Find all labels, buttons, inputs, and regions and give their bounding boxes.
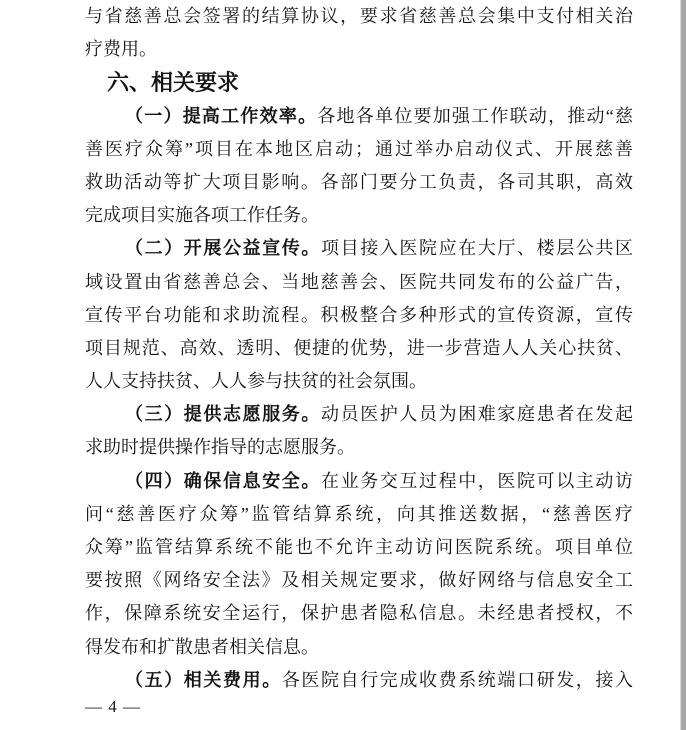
- paragraph-text: 宣传平台功能和求助流程。积极整合多种形式的宣传资源，宣传: [85, 305, 633, 325]
- paragraph-text: 项目规范、高效、透明、便捷的优势，进一步营造人人关心扶贫、: [85, 338, 633, 358]
- text-line: 项目规范、高效、透明、便捷的优势，进一步营造人人关心扶贫、: [85, 332, 633, 365]
- paragraph-text: 求助时提供操作指导的志愿服务。: [85, 437, 355, 457]
- paragraph-text: 疗费用。: [85, 39, 157, 59]
- paragraph-text: 问“慈善医疗众筹”监管结算系统，向其推送数据，“慈善医疗: [85, 504, 633, 524]
- paragraph-text: 项目接入医院应在大厅、楼层公共区: [321, 238, 633, 258]
- paragraph-text: 善医疗众筹”项目在本地区启动；通过举办启动仪式、开展慈善: [85, 139, 633, 159]
- text-line: 问“慈善医疗众筹”监管结算系统，向其推送数据，“慈善医疗: [85, 498, 633, 531]
- text-line: 得发布和扩散患者相关信息。: [85, 631, 633, 664]
- page-number: — 4 —: [85, 697, 141, 717]
- paragraph-text: 动员医护人员为困难家庭患者在发起: [321, 404, 633, 424]
- text-line: 要按照《网络安全法》及相关规定要求，做好网络与信息安全工: [85, 564, 633, 597]
- text-line: （四）确保信息安全。在业务交互过程中，医院可以主动访: [85, 465, 633, 498]
- text-line: 完成项目实施各项工作任务。: [85, 199, 633, 232]
- document-page: 与省慈善总会签署的结算协议，要求省慈善总会集中支付相关治疗费用。六、相关要求（一…: [0, 0, 686, 730]
- paragraph-text: 众筹”监管结算系统不能也不允许主动访问医院系统。项目单位: [85, 537, 633, 557]
- text-line: 人人支持扶贫、人人参与扶贫的社会氛围。: [85, 365, 633, 398]
- text-line: 众筹”监管结算系统不能也不允许主动访问医院系统。项目单位: [85, 531, 633, 564]
- text-line: 作，保障系统安全运行，保护患者隐私信息。未经患者授权，不: [85, 597, 633, 630]
- text-line: 与省慈善总会签署的结算协议，要求省慈善总会集中支付相关治: [85, 0, 633, 33]
- text-line: 域设置由省慈善总会、当地慈善会、医院共同发布的公益广告，: [85, 266, 633, 299]
- text-line: （二）开展公益宣传。项目接入医院应在大厅、楼层公共区: [85, 232, 633, 265]
- text-line: （五）相关费用。各医院自行完成收费系统端口研发，接入: [85, 664, 633, 697]
- paragraph-text: 要按照《网络安全法》及相关规定要求，做好网络与信息安全工: [85, 570, 633, 590]
- paragraph-text: 得发布和扩散患者相关信息。: [85, 637, 319, 657]
- paragraph-text: 域设置由省慈善总会、当地慈善会、医院共同发布的公益广告，: [85, 272, 633, 292]
- paragraph-lead-phrase: （四）确保信息安全。: [125, 471, 321, 491]
- paragraph-text: 在业务交互过程中，医院可以主动访: [321, 471, 633, 491]
- text-line: （一）提高工作效率。各地各单位要加强工作联动，推动“慈: [85, 100, 633, 133]
- paragraph-text: 作，保障系统安全运行，保护患者隐私信息。未经患者授权，不: [85, 603, 633, 623]
- text-line: （三）提供志愿服务。动员医护人员为困难家庭患者在发起: [85, 398, 633, 431]
- text-line: 救助活动等扩大项目影响。各部门要分工负责，各司其职，高效: [85, 166, 633, 199]
- paragraph-text: 救助活动等扩大项目影响。各部门要分工负责，各司其职，高效: [85, 172, 633, 192]
- paragraph-lead-phrase: （三）提供志愿服务。: [125, 404, 321, 424]
- text-line: 疗费用。: [85, 33, 633, 66]
- paragraph-lead-phrase: （五）相关费用。: [125, 670, 282, 690]
- document-text: 与省慈善总会签署的结算协议，要求省慈善总会集中支付相关治疗费用。六、相关要求（一…: [85, 0, 633, 697]
- paragraph-text: 完成项目实施各项工作任务。: [85, 205, 319, 225]
- paragraph-lead-phrase: （一）提高工作效率。: [125, 106, 317, 126]
- text-line: 善医疗众筹”项目在本地区启动；通过举办启动仪式、开展慈善: [85, 133, 633, 166]
- paragraph-text: 各医院自行完成收费系统端口研发，接入: [282, 670, 633, 690]
- paragraph-text: 与省慈善总会签署的结算协议，要求省慈善总会集中支付相关治: [85, 6, 633, 26]
- viewer-edge-strip: [680, 0, 686, 730]
- paragraph-text: 人人支持扶贫、人人参与扶贫的社会氛围。: [85, 371, 427, 391]
- paragraph-lead-phrase: （二）开展公益宣传。: [125, 238, 321, 258]
- section-heading: 六、相关要求: [85, 66, 633, 99]
- text-line: 求助时提供操作指导的志愿服务。: [85, 431, 633, 464]
- text-line: 宣传平台功能和求助流程。积极整合多种形式的宣传资源，宣传: [85, 299, 633, 332]
- paragraph-text: 各地各单位要加强工作联动，推动“慈: [317, 106, 633, 126]
